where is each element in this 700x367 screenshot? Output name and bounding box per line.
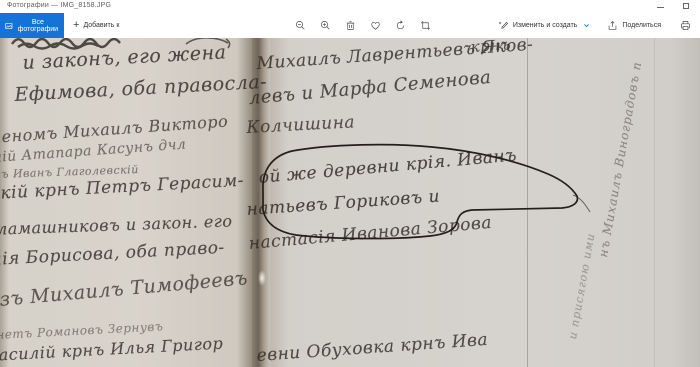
plus-icon: + — [73, 20, 79, 31]
zoom-in-icon — [320, 20, 331, 31]
zoom-out-button[interactable] — [288, 13, 313, 38]
heart-icon — [370, 20, 381, 31]
rotate-button[interactable] — [388, 13, 413, 38]
titlebar: Фотографии — IMG_8158.JPG — [0, 0, 700, 13]
crop-button[interactable] — [413, 13, 438, 38]
chevron-down-icon — [583, 22, 590, 29]
window-controls — [648, 0, 700, 13]
photo-viewer[interactable]: и законъ, его женаЕфимова, оба правосла-… — [0, 38, 700, 367]
commandbar: Все фотографии + Добавить к — [0, 13, 700, 38]
maximize-button[interactable] — [674, 0, 700, 13]
all-photos-button[interactable]: Все фотографии — [0, 13, 64, 38]
ink-circle-annotation — [263, 145, 577, 239]
printer-icon — [680, 20, 691, 31]
maximize-icon — [683, 3, 689, 9]
viewer-tools — [288, 13, 438, 38]
ink-annotations — [0, 38, 700, 367]
rotate-icon — [395, 20, 406, 31]
scribble-mark — [12, 39, 120, 49]
photos-app-window: Фотографии — IMG_8158.JPG Все фотографии… — [0, 0, 700, 367]
photos-icon — [5, 21, 13, 31]
right-actions: Изменить и создать Поделиться — [493, 13, 698, 38]
add-to-label: Добавить к — [83, 22, 119, 29]
edit-create-icon — [498, 20, 509, 31]
scribble-flourish — [186, 38, 230, 48]
minimize-icon — [657, 7, 664, 8]
add-to-button[interactable]: + Добавить к — [68, 13, 124, 38]
edit-create-label: Изменить и создать — [513, 22, 578, 29]
share-icon — [607, 20, 618, 31]
delete-button[interactable] — [338, 13, 363, 38]
share-label: Поделиться — [622, 22, 661, 29]
all-photos-label: Все фотографии — [17, 19, 59, 33]
trash-icon — [345, 20, 356, 31]
zoom-out-icon — [295, 20, 306, 31]
zoom-in-button[interactable] — [313, 13, 338, 38]
print-button[interactable] — [673, 13, 698, 38]
favorite-button[interactable] — [363, 13, 388, 38]
minimize-button[interactable] — [648, 0, 674, 13]
share-button[interactable]: Поделиться — [602, 13, 666, 38]
window-title: Фотографии — IMG_8158.JPG — [7, 2, 111, 9]
crop-icon — [420, 20, 431, 31]
edit-create-button[interactable]: Изменить и создать — [493, 13, 596, 38]
